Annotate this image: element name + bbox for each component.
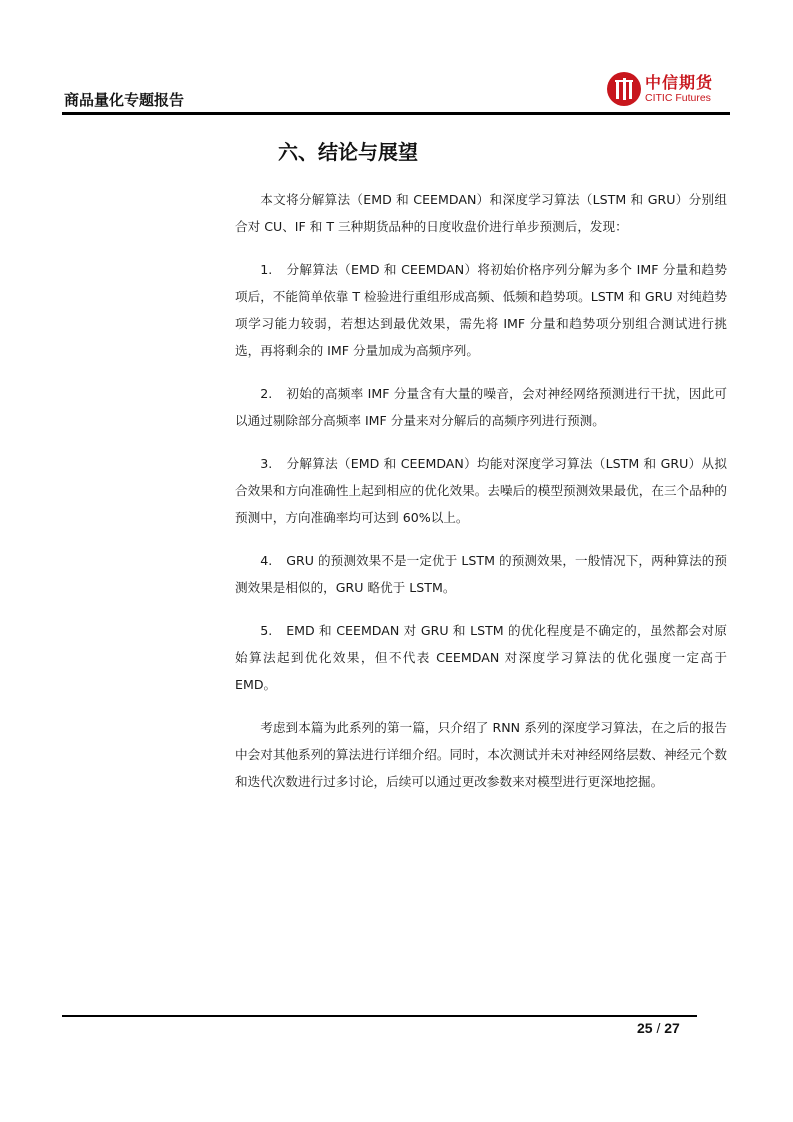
finding-text: GRU 的预测效果不是一定优于 LSTM 的预测效果，一般情况下，两种算法的预测… (235, 553, 727, 595)
finding-number: 3. (260, 450, 286, 477)
page-separator: / (656, 1020, 660, 1036)
page-number: 25 / 27 (637, 1020, 680, 1036)
report-series-title: 商品量化专题报告 (64, 89, 184, 110)
finding-item: 4.GRU 的预测效果不是一定优于 LSTM 的预测效果，一般情况下，两种算法的… (235, 547, 727, 601)
finding-text: 分解算法（EMD 和 CEEMDAN）将初始价格序列分解为多个 IMF 分量和趋… (235, 262, 727, 358)
logo-name-cn: 中信期货 (645, 70, 713, 93)
page-current: 25 (637, 1020, 653, 1036)
citic-futures-logo: 中信期货 CITIC Futures (607, 70, 729, 110)
document-body: 本文将分解算法（EMD 和 CEEMDAN）和深度学习算法（LSTM 和 GRU… (235, 186, 727, 811)
finding-number: 1. (260, 256, 286, 283)
finding-text: 分解算法（EMD 和 CEEMDAN）均能对深度学习算法（LSTM 和 GRU）… (235, 456, 727, 525)
finding-item: 2.初始的高频率 IMF 分量含有大量的噪音，会对神经网络预测进行干扰，因此可以… (235, 380, 727, 434)
finding-item: 5.EMD 和 CEEMDAN 对 GRU 和 LSTM 的优化程度是不确定的，… (235, 617, 727, 698)
section-title: 六、结论与展望 (278, 136, 418, 165)
logo-name-en: CITIC Futures (645, 92, 711, 104)
finding-text: 初始的高频率 IMF 分量含有大量的噪音，会对神经网络预测进行干扰，因此可以通过… (235, 386, 727, 428)
intro-paragraph: 本文将分解算法（EMD 和 CEEMDAN）和深度学习算法（LSTM 和 GRU… (235, 186, 727, 240)
page-total: 27 (664, 1020, 680, 1036)
finding-number: 4. (260, 547, 286, 574)
finding-item: 3.分解算法（EMD 和 CEEMDAN）均能对深度学习算法（LSTM 和 GR… (235, 450, 727, 531)
finding-item: 1.分解算法（EMD 和 CEEMDAN）将初始价格序列分解为多个 IMF 分量… (235, 256, 727, 364)
citic-logo-icon (607, 72, 641, 106)
footer-divider (62, 1015, 697, 1017)
finding-number: 2. (260, 380, 286, 407)
outlook-paragraph: 考虑到本篇为此系列的第一篇，只介绍了 RNN 系列的深度学习算法，在之后的报告中… (235, 714, 727, 795)
finding-number: 5. (260, 617, 286, 644)
header-divider (62, 112, 730, 115)
finding-text: EMD 和 CEEMDAN 对 GRU 和 LSTM 的优化程度是不确定的，虽然… (235, 623, 727, 692)
